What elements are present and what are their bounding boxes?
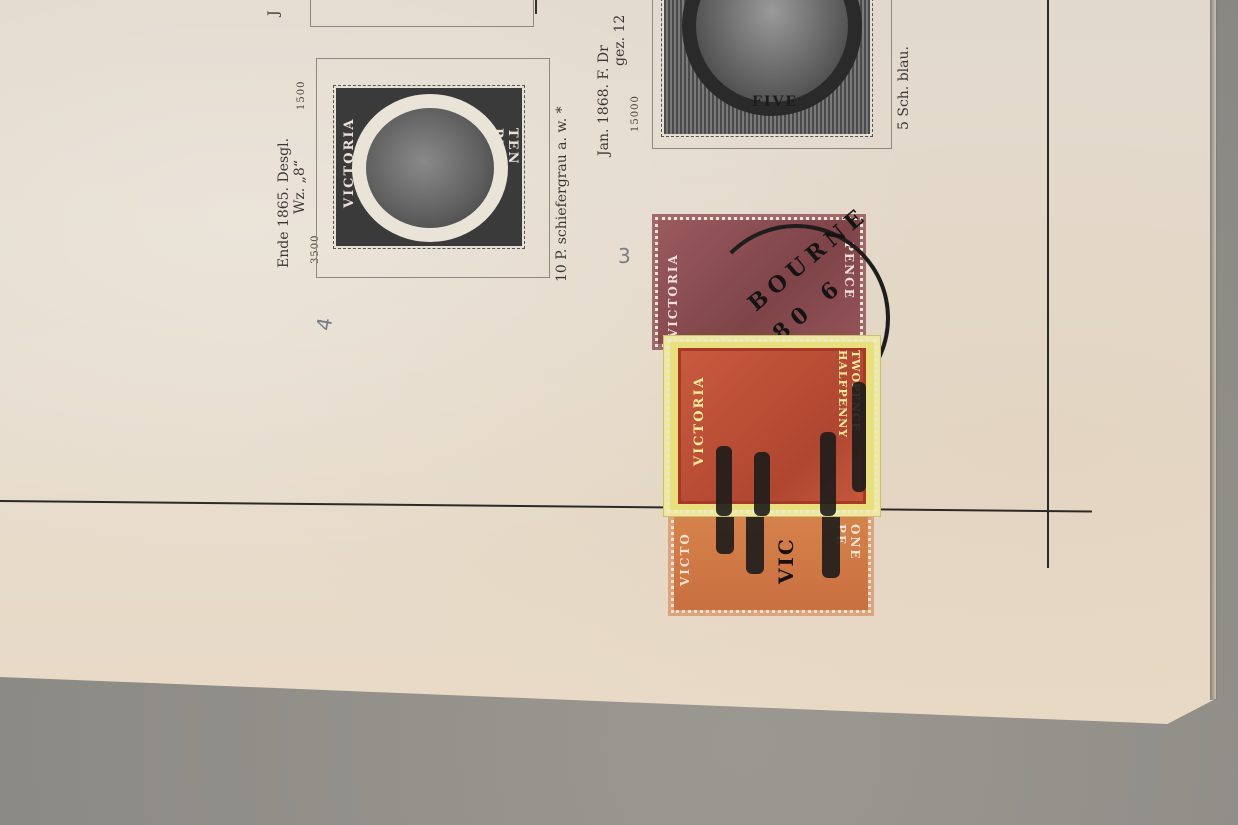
stamp-label-victo: VICTO (678, 532, 692, 586)
stamp-text-five: FIVE (752, 94, 798, 110)
five-shilling-caption-2: gez. 12 (612, 15, 628, 66)
entry-prev-caption: J (266, 10, 282, 16)
pencil-mark-3: 3 (618, 244, 631, 268)
cancel-bar (754, 452, 770, 516)
stamp-portrait-oval (352, 94, 508, 242)
ten-pence-caption-2: Wz. „8“ (292, 160, 308, 214)
ten-pence-stamp-illustration: VICTORIA TEN PENCE (334, 86, 524, 248)
ten-pence-catalog-right: 1500 (296, 81, 307, 110)
cancel-bar (716, 446, 732, 516)
ten-pence-description: 10 P. schiefergrau a. w. * (554, 106, 570, 282)
mounted-stamp-violet: VICTORIA PENCE BOURNE 80 6 (652, 214, 866, 350)
ten-pence-caption-1: Ende 1865. Desgl. (276, 138, 292, 268)
stamp-text-ten-pence: TEN PENCE (490, 128, 520, 190)
stamp-label-victoria: VICTORIA (666, 253, 680, 338)
mounted-stamp-twopence-halfpenny: VICTORIA TWOPENCE HALFPENNY (664, 336, 880, 516)
stamp-label-victoria: VICTORIA (692, 376, 707, 466)
vertical-rule (1047, 0, 1049, 568)
cancel-bar (820, 432, 836, 516)
stamp-frame-top (310, 0, 534, 27)
five-shilling-catalog: 15000 (630, 95, 641, 132)
frame-edge (535, 0, 537, 14)
five-shilling-description: 5 Sch. blau. (896, 46, 912, 130)
cancel-bar (852, 382, 866, 492)
cancel-text: VIC (774, 537, 798, 584)
five-shilling-stamp-illustration: FIVE (662, 0, 872, 136)
stamp-text-victoria: VICTORIA (342, 118, 357, 208)
page-edge-shadow (1210, 0, 1218, 700)
five-shilling-caption-1: Jan. 1868. F. Dr (596, 45, 612, 156)
